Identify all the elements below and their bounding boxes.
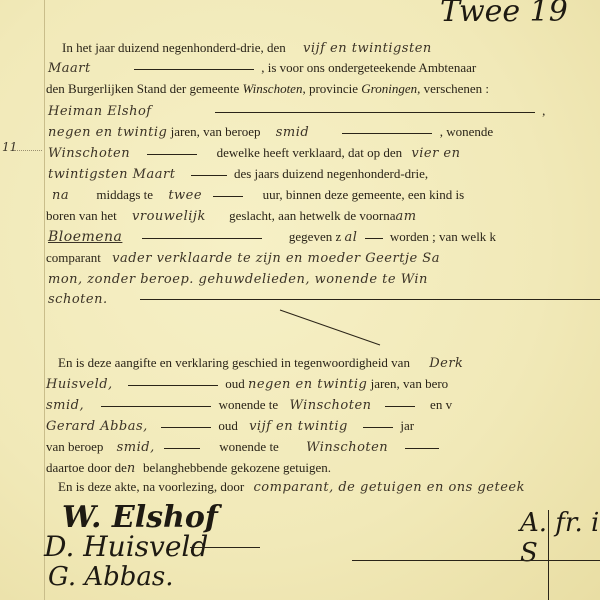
record-line-9: boren van het vrouwelijk geslacht, aan h… [46,208,417,224]
header-annotation: Twee 19 [440,0,568,29]
parents-handwritten: vader verklaarde te zijn en moeder Geert… [112,251,440,266]
blank-line [342,133,432,134]
birth-day-handwritten: vier en [411,146,460,161]
printed-text: oud [218,418,238,433]
printed-text: boren van het [46,208,117,223]
witness-line-2: Huisveld, oud negen en twintig jaren, va… [46,376,448,392]
printed-text: en v [430,397,452,412]
strike-line [270,300,390,360]
child-name-handwritten: Bloemena [48,229,122,245]
blank-line [213,196,243,197]
blank-line [405,448,439,449]
handwritten-insert: al [345,230,358,245]
record-line-11: comparant vader verklaarde te zijn en mo… [46,250,440,266]
record-line-12: mon, zonder beroep. gehuwdelieden, wonen… [48,271,428,287]
record-line-1: In het jaar duizend negenhonderd-drie, d… [62,40,432,56]
printed-text: oud [225,376,245,391]
printed-text: En is deze aangifte en verklaring geschi… [58,355,410,370]
parents-continued-handwritten: mon, zonder beroep. gehuwdelieden, wonen… [48,272,428,287]
blank-line [147,154,197,155]
printed-text: den Burgerlijken Stand der gemeente [46,81,239,96]
record-line-10: Bloemena gegeven z al worden ; van welk … [48,229,496,245]
printed-text: jar [400,418,414,433]
witness-line-7: En is deze akte, na voorlezing, door com… [58,479,525,495]
record-line-8: na middags te twee uur, binnen deze geme… [52,187,464,203]
printed-text: geslacht, aan hetwelk de voorna [229,208,395,223]
printed-text: daartoe door de [46,460,127,475]
blank-line [385,406,415,407]
printed-text: , provincie [302,81,358,96]
official-signature-rule [352,560,600,561]
printed-text: comparant [46,250,101,265]
declarant-residence-handwritten: Winschoten [48,146,130,161]
birth-hour-handwritten: twee [168,188,202,203]
signature-official: A. fr. i S [520,508,600,568]
printed-text: jaren, van beroep [171,124,261,139]
blank-line [142,238,262,239]
printed-text: , verschenen : [417,81,489,96]
printed-text: In het jaar duizend negenhonderd-drie, d… [62,40,286,55]
blank-line [101,406,211,407]
blank-line [128,385,218,386]
witness2-age-handwritten: vijf en twintig [249,419,348,434]
record-line-5: negen en twintig jaren, van beroep smid … [48,124,493,140]
province: Groningen [361,81,417,96]
signature-witness-2: G. Abbas. [48,562,174,592]
printed-text: , wonende [440,124,493,139]
signature-stroke [548,510,549,600]
signature-witness-1: D. Huisveld [44,530,208,563]
blank-line [164,448,200,449]
blank-line [365,238,383,239]
birth-time-of-day-handwritten: na [52,188,69,203]
handwritten-suffix: am [395,209,416,224]
date-month-handwritten: Maart [48,61,91,76]
margin-note: 11 [2,140,17,154]
birth-date-handwritten: twintigsten Maart [48,167,175,182]
record-line-2: Maart , is voor ons ondergeteekende Ambt… [48,60,476,76]
witness2-name-handwritten: Gerard Abbas, [46,419,148,434]
record-line-13: schoten. [48,291,108,307]
record-line-7: twintigsten Maart des jaars duizend nege… [48,166,428,182]
signatories-handwritten: comparant, de getuigen en ons geteek [254,480,525,495]
printed-text: , is voor ons ondergeteekende Ambtenaar [261,60,476,75]
margin-rule [44,0,45,600]
witness1-residence-handwritten: Winschoten [289,398,371,413]
witness-line-1: En is deze aangifte en verklaring geschi… [58,355,463,371]
witness-line-4: Gerard Abbas, oud vijf en twintig jar [46,418,414,434]
printed-text: gegeven z [289,229,341,244]
witness2-residence-handwritten: Winschoten [306,440,388,455]
printed-text: , [542,103,545,118]
municipality: Winschoten [243,81,303,96]
printed-text: wonende te [219,439,279,454]
margin-dotted-leader [14,150,42,151]
blank-line [134,69,254,70]
printed-text: middags te [96,187,153,202]
declarant-age-handwritten: negen en twintig [48,125,167,140]
printed-text: En is deze akte, na voorlezing, door [58,479,244,494]
witness1-age-handwritten: negen en twintig [248,377,367,392]
declarant-name-handwritten: Heiman Elshof [48,104,152,119]
witness-line-5: van beroep smid, wonende te Winschoten [46,439,443,455]
printed-text: jaren, van bero [371,376,449,391]
witness2-occupation-handwritten: smid, [117,440,155,455]
child-sex-handwritten: vrouwelijk [132,209,206,224]
printed-text: belanghebbende gekozene getuigen. [143,460,331,475]
handwritten-insert: n [127,461,136,476]
printed-text: van beroep [46,439,103,454]
record-line-3: den Burgerlijken Stand der gemeente Wins… [46,81,489,97]
witness1-firstname-handwritten: Derk [429,356,463,371]
witness-line-6: daartoe door den belanghebbende gekozene… [46,460,331,476]
record-line-6: Winschoten dewelke heeft verklaard, dat … [48,145,461,161]
blank-line [161,427,211,428]
witness1-surname-handwritten: Huisveld, [46,377,113,392]
record-line-4: Heiman Elshof , [48,103,545,119]
residence-end-handwritten: schoten. [48,292,108,307]
blank-line [363,427,393,428]
printed-text: uur, binnen deze gemeente, een kind is [263,187,465,202]
printed-text: des jaars duizend negenhonderd-drie, [234,166,428,181]
blank-line [215,112,535,113]
printed-text: wonende te [219,397,279,412]
printed-text: worden ; van welk k [390,229,496,244]
witness-line-3: smid, wonende te Winschoten en v [46,397,452,413]
declarant-occupation-handwritten: smid [276,125,309,140]
blank-line [191,175,227,176]
date-day-handwritten: vijf en twintigsten [303,41,432,56]
printed-text: dewelke heeft verklaard, dat op den [217,145,403,160]
signature-underline [190,547,260,548]
witness1-occupation-handwritten: smid, [46,398,84,413]
